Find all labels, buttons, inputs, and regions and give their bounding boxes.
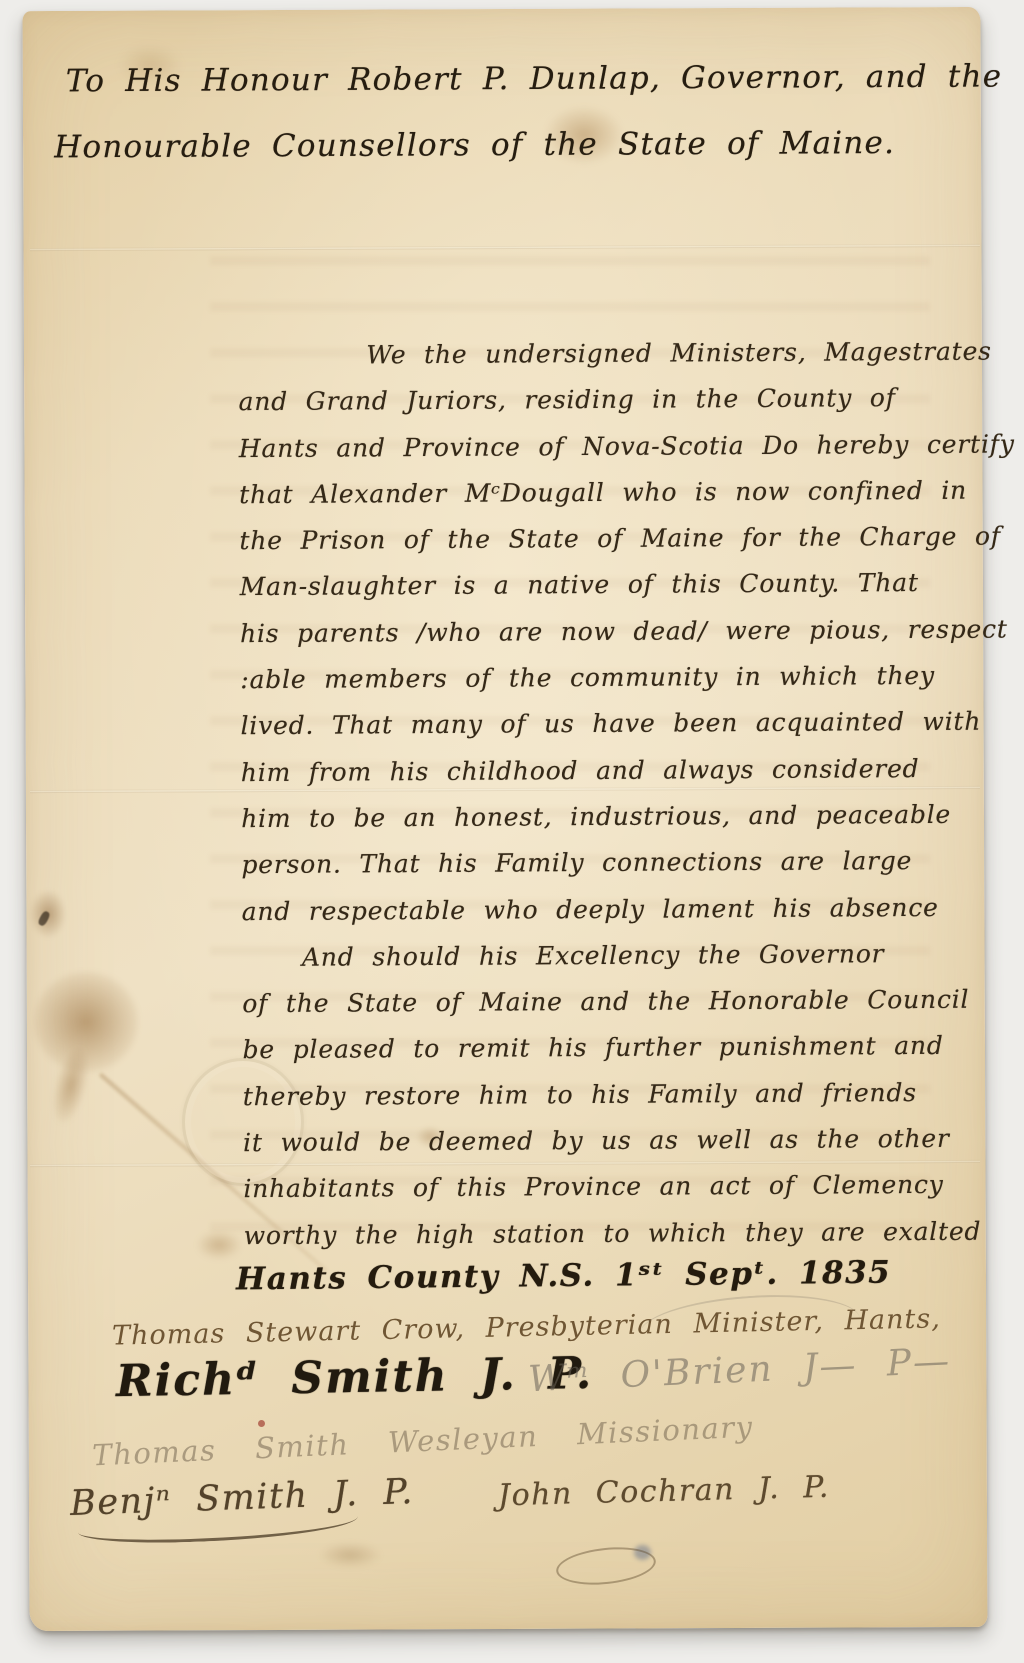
body-line: and Grand Juriors, residing in the Count… [238,375,938,426]
body-line: Man-slaughter is a native of this County… [240,560,940,611]
body-line: it would be deemed by us as well as the … [243,1116,943,1167]
letter-body: We the undersigned Ministers, Magestrate… [238,329,944,1259]
body-line: Hants and Province of Nova-Scotia Do her… [239,421,939,472]
body-line: lived. That many of us have been acquain… [240,699,940,750]
body-line: And should his Excellency the Governor [242,931,942,982]
body-line: him to be an honest, industrious, and pe… [241,792,941,843]
scan-background: { "document_type": "scanned handwritten … [0,0,1024,1663]
body-line: We the undersigned Ministers, Magestrate… [238,329,938,380]
body-line: the Prison of the State of Maine for the… [239,514,939,565]
body-line: worthy the high station to which they ar… [244,1208,944,1259]
body-line: inhabitants of this Province an act of C… [243,1162,943,1213]
body-line: that Alexander MᶜDougall who is now conf… [239,468,939,519]
body-line: and respectable who deeply lament his ab… [242,884,942,935]
body-line: his parents /who are now dead/ were piou… [240,607,940,658]
body-line: be pleased to remit his further punishme… [242,1023,942,1074]
dateline: Hants County N.S. 1ˢᵗ Sepᵗ. 1835 [236,1255,892,1298]
salutation-line: Honourable Counsellors of the State of M… [54,110,978,181]
body-line: thereby restore him to his Family and fr… [243,1070,943,1121]
body-line: :able members of the community in which … [240,653,940,704]
body-line: person. That his Family connections are … [241,838,941,889]
body-line: of the State of Maine and the Honorable … [242,977,942,1028]
salutation: To His Honour Robert P. Dunlap, Governor… [58,44,979,181]
signature-richard-smith: Richᵈ Smith J. P. [116,1348,594,1407]
salutation-line: To His Honour Robert P. Dunlap, Governor… [66,44,978,115]
body-line: him from his childhood and always consid… [241,746,941,797]
